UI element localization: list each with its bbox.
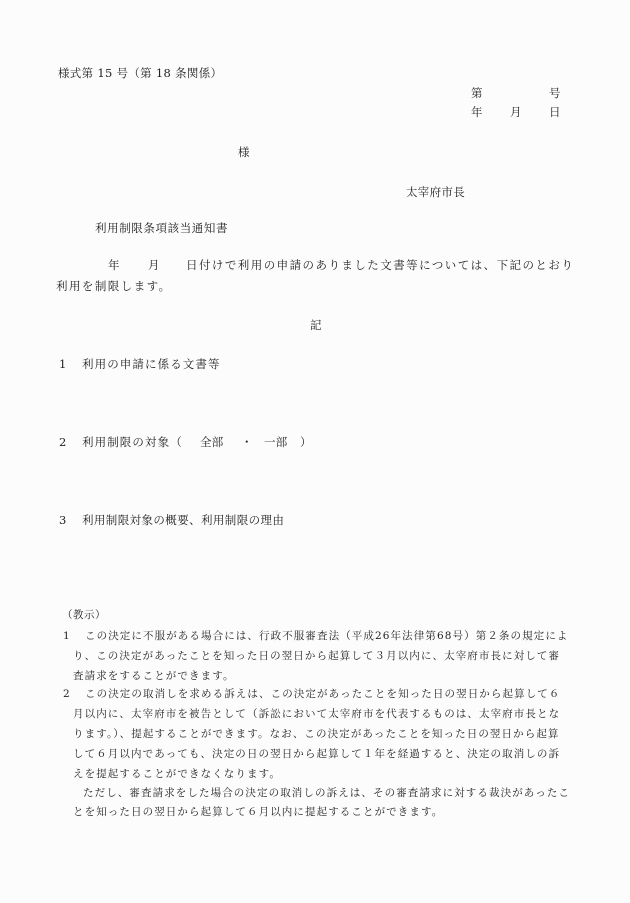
notice-item-2-line: して６月以内であっても、決定の日の翌日から起算して１年を経過すると、決定の取消し… — [73, 748, 560, 761]
ki-heading: 記 — [310, 318, 322, 332]
notice-item-2-line: この決定の取消しを求める訴えは、この決定があったことを知った日の翌日から起算して… — [85, 688, 561, 701]
item-2-close: ） — [300, 435, 312, 449]
notice-item-2-line: 月以内に、太宰府市を被告として（訴訟において太宰府市を代表するものは、太宰府市長… — [73, 708, 560, 721]
date-month: 月 — [510, 105, 522, 119]
date-year: 年 — [471, 105, 483, 119]
item-2-number: 2 — [59, 435, 67, 449]
doc-number-prefix: 第 — [471, 86, 483, 100]
notice-item-1-line: り、この決定があったことを知った日の翌日から起算して３月以内に、太宰府市長に対し… — [73, 650, 560, 663]
document-title: 利用制限条項該当通知書 — [95, 221, 228, 235]
notice-item-2-line: とを知った日の翌日から起算して６月以内に提起することができます。 — [73, 806, 443, 819]
item-2-option-all: 全部 — [200, 435, 224, 449]
doc-number-suffix: 号 — [549, 86, 561, 100]
item-2-option-part: 一部 — [264, 435, 288, 449]
notice-item-2-number: 2 — [63, 688, 71, 701]
body-line1: 日付けで利用の申請のありました文書等については、下記のとおり — [186, 258, 574, 272]
notice-item-1-line: 査請求をすることができます。 — [73, 670, 235, 683]
item-1-number: 1 — [59, 357, 67, 371]
document-page: 様式第 15 号（第 18 条関係） 第 号 年 月 日 様 太宰府市長 利用制… — [0, 0, 630, 903]
item-2-separator: ・ — [241, 435, 253, 449]
notice-item-1-line: この決定に不服がある場合には、行政不服審査法（平成26年法律第68号）第２条の規… — [85, 630, 569, 643]
addressee-suffix: 様 — [238, 145, 250, 159]
body-month: 月 — [148, 258, 160, 272]
date-day: 日 — [549, 105, 561, 119]
notice-heading: （教示） — [62, 609, 106, 622]
body-year: 年 — [108, 258, 120, 272]
notice-item-2-line: ただし、審査請求をした場合の決定の取消しの訴えは、その審査請求に対する裁決があっ… — [83, 787, 570, 800]
item-3-label: 利用制限対象の概要、利用制限の理由 — [82, 513, 284, 527]
form-number: 様式第 15 号（第 18 条関係） — [58, 66, 222, 80]
item-2-label: 利用制限の対象（ — [82, 435, 183, 449]
issuer: 太宰府市長 — [406, 185, 465, 199]
notice-item-1-number: 1 — [63, 630, 71, 643]
item-3-number: 3 — [59, 513, 67, 527]
notice-item-2-line: えを提起することができなくなります。 — [73, 768, 281, 781]
notice-item-2-line: ります。）、提起することができます。なお、この決定があったことを知った日の翌日か… — [73, 728, 560, 741]
body-line2: 利用を制限します。 — [56, 279, 172, 293]
item-1-label: 利用の申請に係る文書等 — [82, 357, 221, 371]
